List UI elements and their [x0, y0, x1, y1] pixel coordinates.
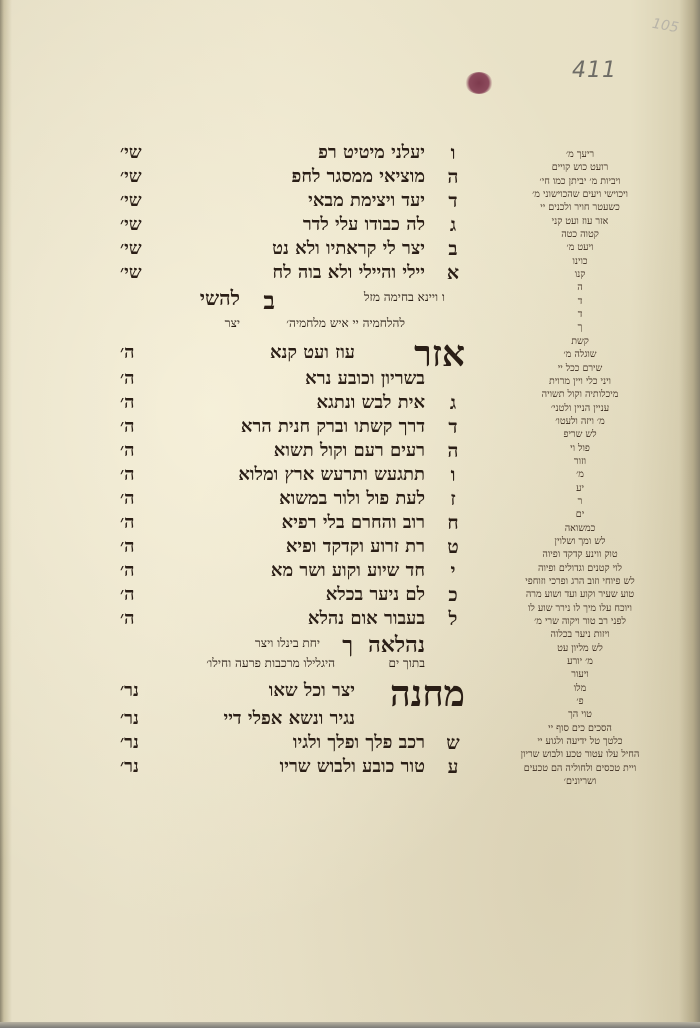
- refrain-abbrev: נר׳: [120, 732, 168, 753]
- rubric-text: יחת בינלו ויצר: [255, 636, 320, 651]
- margin-line: מיכלותיה וקול תשויה: [483, 388, 677, 401]
- margin-line: פ׳: [483, 695, 677, 708]
- margin-line: טוי הך: [483, 708, 677, 721]
- rubric-letter: ב: [263, 286, 275, 316]
- verse-line: דיעד ויצימת מבאישי׳: [120, 190, 465, 214]
- refrain-abbrev: ה׳: [120, 608, 168, 629]
- verse-text: נגיר ונשא אפלי דיי: [223, 708, 355, 729]
- folio-number: 411: [572, 58, 617, 83]
- corner-mark: 105: [651, 16, 680, 36]
- rubric-letter: ך: [342, 632, 353, 658]
- refrain-abbrev: ה׳: [120, 584, 168, 605]
- acrostic-letter: ב: [441, 238, 465, 261]
- verse-text: יילי והיילי ולא בוה לח: [273, 262, 425, 283]
- refrain-abbrev: נר׳: [120, 680, 168, 701]
- verse-text: יעלני מיטיט רפ: [318, 142, 425, 163]
- margin-line: ים: [483, 508, 677, 521]
- rubric-text: להלחמיה יי איש מלחמיה׳: [286, 316, 405, 331]
- acrostic-letter: ה: [441, 166, 465, 189]
- verse-text: בשריון וכובע נרא: [305, 368, 425, 389]
- refrain-abbrev: ה׳: [120, 560, 168, 581]
- verse-text: יצר לי קראתיו ולא נט: [272, 238, 425, 259]
- refrain-abbrev: ה׳: [120, 488, 168, 509]
- acrostic-letter: ג: [441, 214, 465, 237]
- verse-line: לבעבור אום נהלאה׳: [120, 608, 465, 632]
- refrain-abbrev: שי׳: [120, 214, 168, 235]
- margin-line: לש ומך ושלוין: [483, 535, 677, 548]
- verse-text: רעים רעם וקול תשוא: [274, 440, 425, 461]
- verse-text: דרך קשתו וברק חנית הרא: [241, 416, 425, 437]
- margin-line: לש פיוחי וזוב הרג ופרכי וזוחפי: [483, 575, 677, 588]
- acrostic-letter: ה: [441, 440, 465, 463]
- acrostic-letter: ע: [441, 756, 465, 779]
- verse-line: ויעלני מיטיט רפשי׳: [120, 142, 465, 166]
- verse-text: טור כובע ולבוש שריו: [280, 756, 425, 777]
- margin-line: ר: [483, 495, 677, 508]
- margin-line: ד: [483, 308, 677, 321]
- refrain-abbrev: ה׳: [120, 536, 168, 557]
- margin-line: טוק ווינע קדקד ופיוה: [483, 548, 677, 561]
- acrostic-letter: ו: [441, 464, 465, 487]
- margin-line: ויית טכסים ולחוליה הם טכעים: [483, 762, 677, 775]
- rubric-word: להשי: [200, 286, 240, 311]
- refrain-abbrev: ה׳: [120, 342, 168, 363]
- verse-line: זלעת פול ולור במשואה׳: [120, 488, 465, 512]
- acrostic-letter: כ: [441, 584, 465, 607]
- verse-line: כלם ניער בכלאה׳: [120, 584, 465, 608]
- acrostic-letter: ג: [441, 392, 465, 415]
- refrain-abbrev: ה׳: [120, 464, 168, 485]
- margin-line: לפני רב טור ויקוה שרי מ׳: [483, 615, 677, 628]
- acrostic-letter: ד: [441, 416, 465, 439]
- verse-text: לם ניער בכלא: [326, 584, 425, 605]
- refrain-abbrev: נר׳: [120, 708, 168, 729]
- margin-line: ריעך מ׳: [483, 148, 677, 161]
- acrostic-letter: י: [441, 560, 465, 583]
- verse-line: דדרך קשתו וברק חנית הראה׳: [120, 416, 465, 440]
- ink-stain: [465, 72, 493, 94]
- margin-line: וזור: [483, 455, 677, 468]
- acrostic-letter: ו: [441, 142, 465, 165]
- acrostic-letter: ט: [441, 536, 465, 559]
- verse-line: הרעים רעם וקול תשואה׳: [120, 440, 465, 464]
- margin-line: קנו: [483, 268, 677, 281]
- margin-line: אזר עוז ועט קני: [483, 215, 677, 228]
- refrain-abbrev: שי׳: [120, 142, 168, 163]
- verse-line: עטור כובע ולבוש שריונר׳: [120, 756, 465, 780]
- margin-line: מלו: [483, 682, 677, 695]
- refrain-abbrev: ה׳: [120, 416, 168, 437]
- rubric-line: להשיבו ויינא בחימה מזל: [120, 286, 465, 316]
- manuscript-page: 105 411 ויעלני מיטיט רפשי׳המוציאי ממסגר …: [0, 0, 700, 1028]
- margin-line: יע: [483, 482, 677, 495]
- refrain-abbrev: ה׳: [120, 512, 168, 533]
- margin-line: פול וי: [483, 442, 677, 455]
- verse-line: נגיר ונשא אפלי דיינר׳: [120, 708, 465, 732]
- verse-line: חרוב והחרם בלי רפיאה׳: [120, 512, 465, 536]
- acrostic-letter: א: [441, 262, 465, 285]
- verse-text: לעת פול ולור במשוא: [279, 488, 425, 509]
- margin-line: לש שריפ: [483, 428, 677, 441]
- margin-line: מ׳ יורע: [483, 655, 677, 668]
- verse-line: המוציאי ממסגר לחפשי׳: [120, 166, 465, 190]
- verse-line: טרת זרוע וקדקד ופיאה׳: [120, 536, 465, 560]
- verse-text: רוב והחרם בלי רפיא: [282, 512, 425, 533]
- verse-text: תתגעש ותרעש ארץ ומלוא: [238, 464, 425, 485]
- margin-line: לוי קטנים וגדולים ופיוה: [483, 562, 677, 575]
- section-heading-word: מחנה: [390, 678, 465, 710]
- verse-text: חד שיוע וקוע ושר מא: [271, 560, 425, 581]
- verse-text: רכב פלך ופלך ולגיו: [293, 732, 425, 753]
- refrain-abbrev: שי׳: [120, 262, 168, 283]
- margin-line: ך: [483, 321, 677, 334]
- margin-line: הסכים כים סוף יי: [483, 722, 677, 735]
- margin-line: ד: [483, 295, 677, 308]
- margin-line: לש מליון עט: [483, 642, 677, 655]
- verse-line: יחד שיוע וקוע ושר מאה׳: [120, 560, 465, 584]
- verse-line: ביצר לי קראתיו ולא נטשי׳: [120, 238, 465, 262]
- verse-text: בעבור אום נהלא: [308, 608, 425, 629]
- refrain-abbrev: ה׳: [120, 368, 168, 389]
- margin-line: ויני כלי ויין מרוית: [483, 375, 677, 388]
- margin-line: רועט כוש קויים: [483, 161, 677, 174]
- margin-line: ויביות מ׳ יביתן כמו חי׳: [483, 175, 677, 188]
- margin-line: כוינו: [483, 255, 677, 268]
- margin-line: עניין הניין ולטני׳: [483, 402, 677, 415]
- verse-text: לה כבודו עלי לדר: [303, 214, 425, 235]
- margin-line: מ׳ ויזה ולעטו׳: [483, 415, 677, 428]
- rubric-line: נהלאהךיחת בינלו ויצר: [120, 632, 465, 656]
- main-text-column: ויעלני מיטיט רפשי׳המוציאי ממסגר לחפשי׳די…: [120, 142, 465, 780]
- rubric-text: היגלילו מרכבות פרעה וחילו׳: [206, 656, 335, 671]
- refrain-abbrev: שי׳: [120, 166, 168, 187]
- verse-line: גלה כבודו עלי לדרשי׳: [120, 214, 465, 238]
- rubric-text: ו ויינא בחימה מזל: [364, 290, 445, 305]
- margin-line: כמשואה: [483, 522, 677, 535]
- refrain-abbrev: ה׳: [120, 440, 168, 461]
- margin-line: שירם ככל יי: [483, 362, 677, 375]
- section-heading-word: אזר: [414, 338, 465, 370]
- margin-line: קשת: [483, 335, 677, 348]
- margin-line: כשעטר חויר ולכנים יי: [483, 201, 677, 214]
- acrostic-letter: ל: [441, 608, 465, 631]
- verse-line: בשריון וכובע נראה׳: [120, 368, 465, 392]
- margin-line: ויזות ניער בכלוה: [483, 628, 677, 641]
- verse-text: אית לבש ונתגא: [316, 392, 425, 413]
- margin-line: ויעט מ׳: [483, 241, 677, 254]
- acrostic-letter: ז: [441, 488, 465, 511]
- verse-text: יצר וכל שאו: [269, 680, 355, 701]
- verse-line: שרכב פלך ופלך ולגיונר׳: [120, 732, 465, 756]
- section-heading-line: מחנהיצר וכל שאונר׳: [120, 678, 465, 708]
- margin-line: ושריונים׳: [483, 775, 677, 788]
- acrostic-letter: ש: [441, 732, 465, 755]
- verse-text: יעד ויצימת מבאי: [308, 190, 425, 211]
- margin-commentary-column: ריעך מ׳רועט כוש קוייםויביות מ׳ יביתן כמו…: [483, 148, 677, 789]
- rubric-prefix: בתוך ים: [388, 656, 425, 671]
- margin-line: שוגלה מ׳: [483, 348, 677, 361]
- margin-line: טוע שעיר וקוע ועד ושוע מרה: [483, 588, 677, 601]
- rubric-word: נהלאה: [368, 632, 425, 658]
- margin-line: ויכוישי ויעים שהכוישוני מ׳: [483, 188, 677, 201]
- margin-line: מ׳: [483, 468, 677, 481]
- acrostic-letter: ח: [441, 512, 465, 535]
- verse-line: ותתגעש ותרעש ארץ ומלואה׳: [120, 464, 465, 488]
- margin-line: ויוכח עלו מיך לו נירר שוע לו: [483, 602, 677, 615]
- rubric-prefix: יצר: [225, 316, 240, 331]
- verse-line: איילי והיילי ולא בוה לחשי׳: [120, 262, 465, 286]
- refrain-abbrev: ה׳: [120, 392, 168, 413]
- refrain-abbrev: שי׳: [120, 190, 168, 211]
- refrain-abbrev: שי׳: [120, 238, 168, 259]
- acrostic-letter: ד: [441, 190, 465, 213]
- verse-text: עוז ועט קנא: [270, 342, 355, 363]
- refrain-abbrev: נר׳: [120, 756, 168, 777]
- section-heading-line: אזרעוז ועט קנאה׳: [120, 338, 465, 368]
- margin-line: ה: [483, 281, 677, 294]
- margin-line: קטוה כטה: [483, 228, 677, 241]
- margin-line: כלטך טל ידיעה ולגוע יי: [483, 735, 677, 748]
- verse-text: רת זרוע וקדקד ופיא: [286, 536, 425, 557]
- margin-line: החיל עלו עטור טכע ולבוש שריון: [483, 748, 677, 761]
- verse-line: גאית לבש ונתגאה׳: [120, 392, 465, 416]
- margin-line: ויעור: [483, 668, 677, 681]
- verse-text: מוציאי ממסגר לחפ: [292, 166, 425, 187]
- page-bottom-edge: [0, 1022, 700, 1028]
